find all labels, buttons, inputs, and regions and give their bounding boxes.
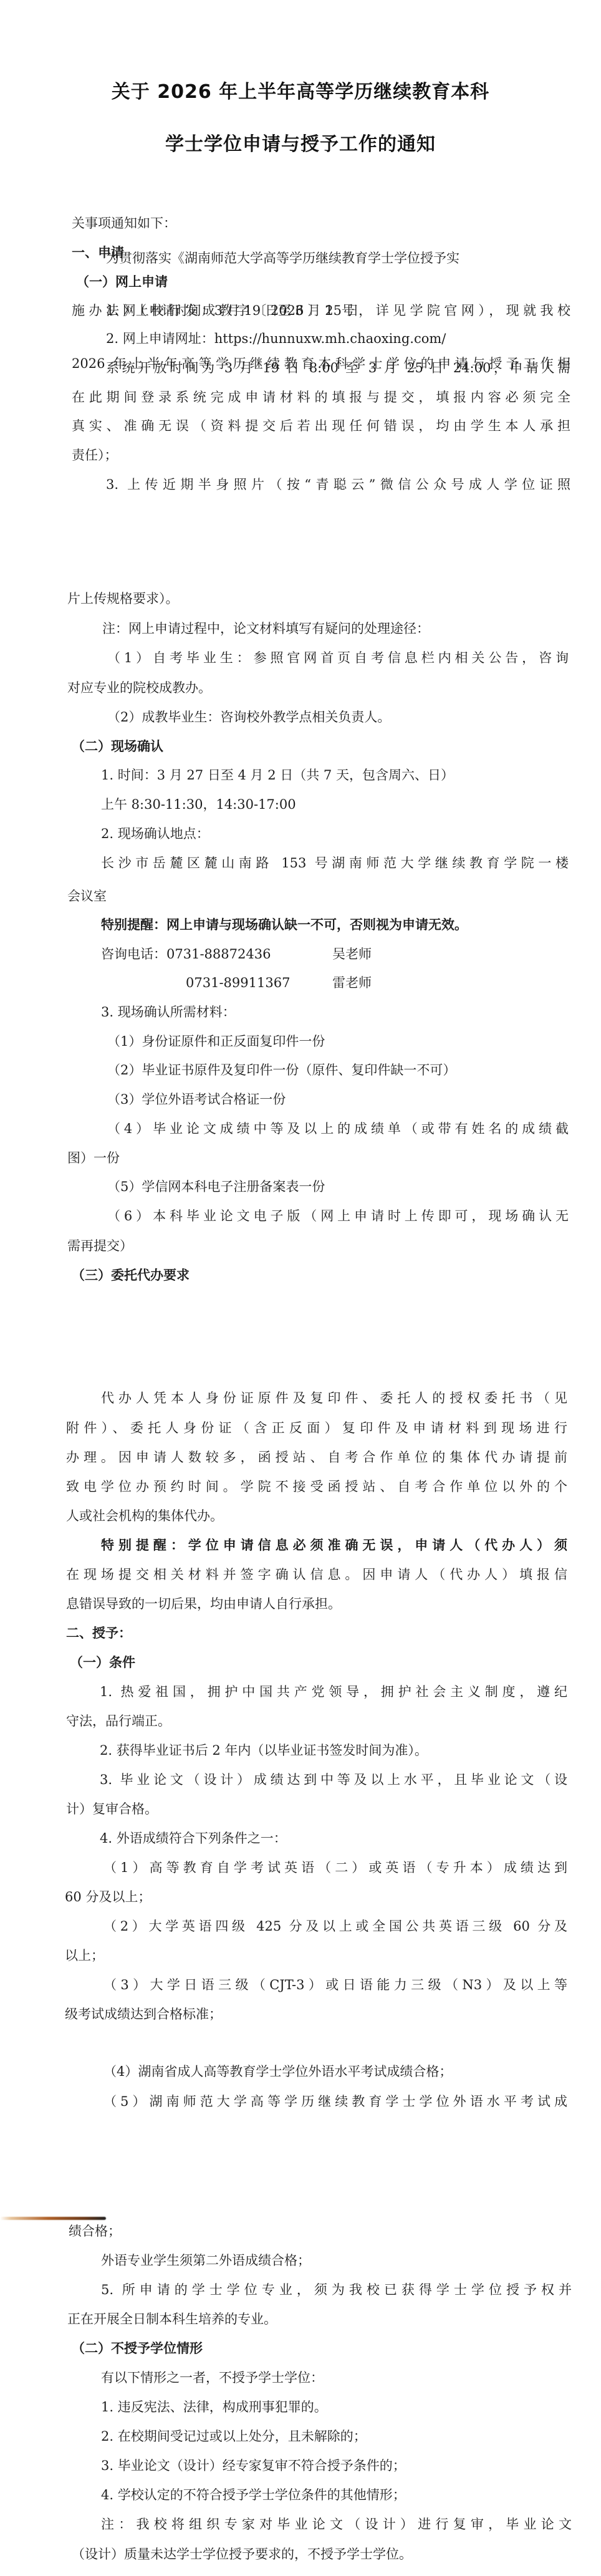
language-condition: 级考试成绩达到合格标准； <box>65 2005 222 2023</box>
not-granted-item: 3. 毕业论文（设计）经专家复审不符合授予条件的； <box>101 2457 406 2474</box>
condition-item: 5. 所申请的学士学位专业，须为我校已获得学士学位授予权并 <box>101 2281 572 2299</box>
note-item-1: 对应专业的院校成教办。 <box>67 679 211 697</box>
material-item: （5）学信网本科电子注册备案表一份 <box>107 1178 325 1195</box>
language-condition: 绩合格； <box>69 2222 121 2240</box>
intro-paragraph-line: 关事项通知如下： <box>72 215 176 232</box>
proxy-paragraph-line: 附件）、委托人身份证（含正反面）复印件及申请材料到现场进行 <box>66 1419 567 1437</box>
subsection-heading-proxy: （三）委托代办要求 <box>72 1266 190 1284</box>
material-item: （1）身份证原件和正反面复印件一份 <box>107 1033 325 1050</box>
proxy-reminder-line: 特别提醒：学位申请信息必须准确无误，申请人（代办人）须 <box>101 1536 567 1554</box>
language-condition: （5）湖南师范大学高等学历继续教育学士学位外语水平考试成 <box>103 2093 567 2110</box>
not-granted-item: 2. 在校期间受记过或以上处分，且未解除的； <box>101 2428 367 2445</box>
intro-paragraph-line: 为贯彻落实《湖南师范大学高等学历继续教育学士学位授予实 <box>106 249 459 267</box>
not-granted-intro: 有以下情形之一者，不授予学士学位： <box>101 2369 324 2386</box>
subsection-heading-onsite: （二）现场确认 <box>72 738 163 755</box>
condition-item: 1. 热爱祖国，拥护中国共产党领导，拥护社会主义制度，遵纪 <box>100 1683 567 1700</box>
subsection-heading-online: （一）网上申请 <box>76 273 168 291</box>
proxy-paragraph-line: 代办人凭本人身份证原件及复印件、委托人的授权委托书（见 <box>101 1389 567 1407</box>
material-item: （3）学位外语考试合格证一份 <box>107 1091 286 1108</box>
language-condition: 60 分及以上； <box>65 1888 151 1906</box>
note-item-2: （2）成教毕业生：咨询校外教学点相关负责人。 <box>107 708 390 726</box>
language-condition: （1）高等教育自学考试英语（二）或英语（专升本）成绩达到 <box>103 1859 567 1876</box>
language-condition: 以上； <box>65 1947 104 1964</box>
system-open-line: 在此期间登录系统完成申请材料的填报与提交，填报内容必须完全 <box>72 388 570 406</box>
condition-item: 3. 毕业论文（设计）成绩达到中等及以上水平，且毕业论文（设 <box>100 1771 567 1788</box>
online-time: 1. 网上申请时间：3 月 19 日至 3 月 25 日 <box>106 302 359 319</box>
photo-upload-line: 片上传规格要求）。 <box>67 590 179 607</box>
onsite-location: 长沙市岳麓区麓山南路 153 号湖南师范大学继续教育学院一楼 <box>101 854 569 872</box>
proxy-paragraph-line: 办理。因申请人数较多，函授站、自考合作单位的集体代办请提前 <box>66 1449 567 1466</box>
language-condition: （4）湖南省成人高等教育学士学位外语水平考试成绩合格； <box>103 2063 452 2080</box>
photo-upload-line: 3. 上传近期半身照片（按“青聪云”微信公众号成人学位证照 <box>106 476 570 493</box>
note-item-1: （1）自考毕业生：参照官网首页自考信息栏内相关公告，咨询 <box>107 649 569 667</box>
condition-item: 计）复审合格。 <box>66 1800 158 1818</box>
document-title-line-2: 学士学位申请与授予工作的通知 <box>0 132 601 157</box>
contact-name-2: 雷老师 <box>332 974 372 991</box>
document-page: 关于 2026 年上半年高等学历继续教育本科 学士学位申请与授予工作的通知 为贯… <box>0 0 601 2576</box>
contact-name-1: 吴老师 <box>332 945 372 963</box>
condition-item: 守法，品行端正。 <box>66 1712 171 1730</box>
onsite-time: 1. 时间：3 月 27 日至 4 月 2 日（共 7 天，包含周六、日） <box>101 766 454 784</box>
proxy-paragraph-line: 人或社会机构的集体代办。 <box>66 1507 223 1525</box>
material-item: 需再提交） <box>67 1237 133 1255</box>
condition-item: 2. 获得毕业证书后 2 年内（以毕业证书签发时间为准）。 <box>100 1742 428 1759</box>
subsection-heading-not-granted: （二）不授予学位情形 <box>72 2340 203 2357</box>
not-granted-note: 注：我校将组织专家对毕业论文（设计）进行复审，毕业论文 <box>101 2516 572 2533</box>
not-granted-item: 4. 学校认定的不符合授予学士学位条件的其他情形； <box>101 2486 406 2504</box>
proxy-paragraph-line: 致电学位办预约时间。学院不接受函授站、自考合作单位以外的个 <box>66 1478 567 1495</box>
system-open-line: 真实、准确无误（资料提交后若出现任何错误，均由学生本人承担 <box>72 417 570 435</box>
onsite-location: 会议室 <box>67 887 107 905</box>
proxy-reminder-line: 息错误导致的一切后果，均由申请人自行承担。 <box>66 1595 341 1613</box>
onsite-hours: 上午 8:30-11:30，14:30-17:00 <box>101 796 296 813</box>
online-url[interactable]: 2. 网上申请网址：https://hunnuxw.mh.chaoxing.co… <box>106 330 446 347</box>
not-granted-note: （设计）质量未达学士学位授予要求的，不授予学士学位。 <box>72 2545 412 2563</box>
language-condition: （2）大学英语四级 425 分及以上或全国公共英语三级 60 分及 <box>103 1918 567 1935</box>
material-item: （2）毕业证书原件及复印件一份（原件、复印件缺一不可） <box>107 1061 456 1079</box>
condition-item: 正在开展全日制本科生培养的专业。 <box>67 2310 277 2328</box>
contact-phone-1: 咨询电话：0731-88872436 <box>101 945 271 963</box>
section-heading-apply: 一、申请 <box>72 244 124 261</box>
language-condition: （3）大学日语三级（CJT-3）或日语能力三级（N3）及以上等 <box>103 1976 567 1994</box>
language-condition-heading: 4. 外语成绩符合下列条件之一： <box>100 1830 287 1847</box>
proxy-reminder-line: 在现场提交相关材料并签字确认信息。因申请人（代办人）填报信 <box>66 1566 567 1583</box>
material-item: （6）本科毕业论文电子版（网上申请时上传即可，现场确认无 <box>107 1207 569 1225</box>
material-item: 图）一份 <box>67 1149 120 1167</box>
system-open-line: 系统开放时间为 3 月 19 日 8:00 至 3 月 25 日 24:00，申… <box>106 359 570 377</box>
contact-phone-2: 0731-89911367 <box>186 974 290 991</box>
subsection-heading-conditions: （一）条件 <box>70 1654 135 1671</box>
note-line: 注：网上申请过程中，论文材料填写有疑问的处理途径： <box>102 620 430 637</box>
scan-smudge-mark <box>0 2217 106 2220</box>
section-heading-grant: 二、授予： <box>66 1624 132 1642</box>
not-granted-item: 1. 违反宪法、法律，构成刑事犯罪的。 <box>101 2398 327 2416</box>
material-item: （4）毕业论文成绩中等及以上的成绩单（或带有姓名的成绩截 <box>107 1120 569 1137</box>
foreign-language-major-note: 外语专业学生须第二外语成绩合格； <box>101 2252 310 2269</box>
special-reminder: 特别提醒：网上申请与现场确认缺一不可，否则视为申请无效。 <box>101 916 468 933</box>
onsite-location-label: 2. 现场确认地点： <box>101 825 209 842</box>
system-open-line: 责任）； <box>72 446 118 464</box>
materials-heading: 3. 现场确认所需材料： <box>101 1003 236 1021</box>
document-title-line-1: 关于 2026 年上半年高等学历继续教育本科 <box>0 80 601 105</box>
